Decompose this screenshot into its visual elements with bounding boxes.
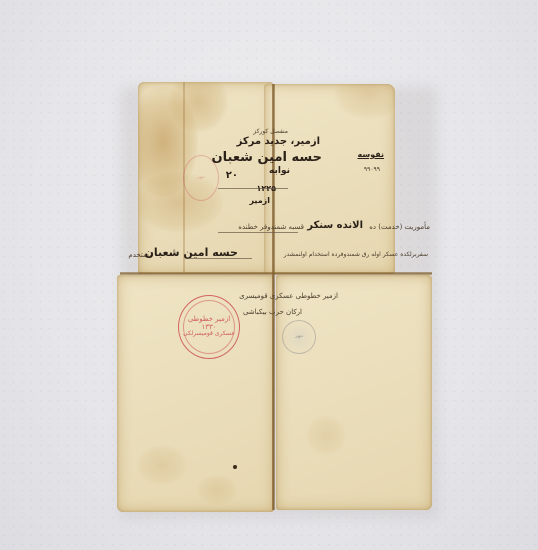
commissioner-title: ازمیر خطوطی عسکری قومیسری <box>239 292 338 300</box>
printed-line-1-suffix: مأموریت (خدمت) ده <box>369 223 430 231</box>
underline <box>218 188 288 189</box>
handwritten-place: ازمیر <box>249 196 270 205</box>
handwritten-line-3: نوابه <box>269 166 290 176</box>
margin-label: نفوسه <box>358 150 385 159</box>
water-stain <box>306 415 346 455</box>
water-stain <box>334 84 395 119</box>
underline <box>218 232 298 233</box>
header-small-text: منفصل کورکز <box>253 128 288 135</box>
printed-line-1-prefix: قسبه شمندوفر خطنده <box>238 223 304 231</box>
water-stain <box>197 475 237 505</box>
handwritten-name: حسه امین شعبان <box>212 150 322 165</box>
handwritten-line-1: ازمیر، جدید مرکز <box>237 136 320 147</box>
stamp-inner-ring <box>183 300 235 354</box>
red-official-stamp: ازمیر خطوطی ۱۳۳۰ عسکری قومیسرلکی <box>178 295 240 359</box>
horizontal-fold <box>120 272 432 275</box>
margin-sub: ۹۹۰۹۹ <box>364 166 380 173</box>
document-panel-top-right <box>264 84 395 274</box>
underline <box>190 258 252 259</box>
handwritten-date-mark: ۲۰ <box>226 170 238 181</box>
printed-line-2-suffix: سفربرلکده عسکر اوله رق شمندوفرده استخدام… <box>284 251 428 258</box>
gray-seal: مهر <box>282 320 316 354</box>
ink-spot <box>233 465 237 469</box>
station-name: الانده سنکر <box>307 220 363 231</box>
water-stain <box>137 445 187 485</box>
officer-rank: ارکان حرب بیکباشی <box>243 308 302 316</box>
